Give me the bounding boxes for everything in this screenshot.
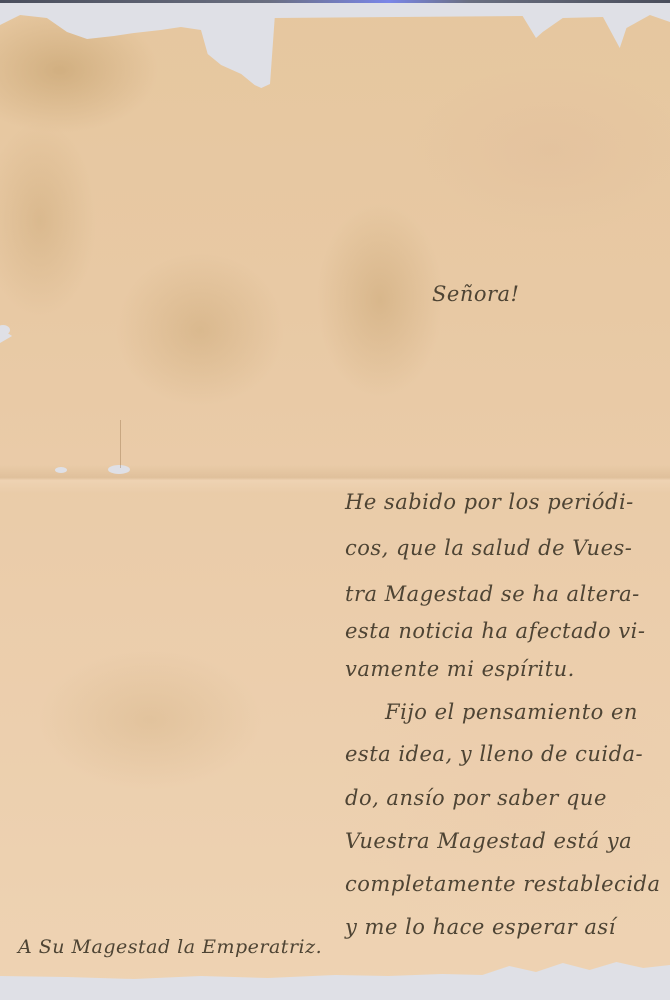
body-line: do, ansío por saber que — [345, 786, 607, 810]
body-line: vamente mi espíritu. — [345, 657, 575, 681]
letter-text-area: Señora! He sabido por los periódi- cos, … — [0, 0, 670, 1000]
body-line: Vuestra Magestad está ya — [345, 829, 632, 853]
body-line: Fijo el pensamiento en — [385, 700, 638, 724]
body-line: tra Magestad se ha altera- — [345, 582, 640, 606]
body-line: He sabido por los periódi- — [345, 490, 634, 514]
salutation: Señora! — [432, 282, 519, 306]
body-line: y me lo hace esperar así — [345, 915, 616, 939]
body-line: cos, que la salud de Vues- — [345, 536, 632, 560]
addressee-line: A Su Magestad la Emperatriz. — [18, 936, 322, 958]
body-line: esta noticia ha afectado vi- — [345, 619, 645, 643]
body-line: esta idea, y lleno de cuida- — [345, 742, 643, 766]
body-line: completamente restablecida — [345, 872, 661, 896]
